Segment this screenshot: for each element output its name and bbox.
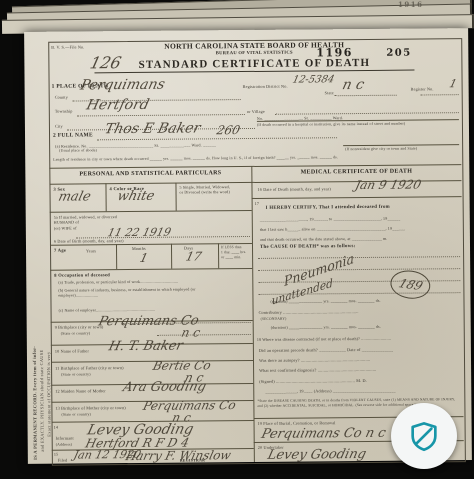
- autopsy-label: Was there an autopsy? ..................…: [259, 357, 370, 363]
- cause-code-value: 189: [396, 276, 424, 292]
- county-value: Perquimans: [79, 77, 167, 94]
- father-name-value: H. T. Baker: [107, 339, 184, 355]
- date-of-death-label: 16 Date of Death (month, day, and year): [257, 186, 330, 192]
- occupation-industry-label: (b) General nature of industry, business…: [58, 287, 230, 299]
- age-label: 7 Age: [54, 248, 66, 253]
- cause-of-death-label: The CAUSE OF DEATH* was as follows:: [260, 244, 356, 250]
- informant-number: 14: [54, 425, 59, 430]
- file-no-label: B. V. S.—File No.: [51, 44, 84, 49]
- marital-label: 5 Single, Married, Widowed, or Divorced …: [179, 184, 249, 195]
- less-than-one-day-label: If LESS than 1 day, ____ hrs. or ____ mi…: [221, 245, 251, 260]
- certify-line1: I HEREBY CERTIFY, That I attended deceas…: [266, 205, 390, 211]
- informant-address-label: (Address): [56, 443, 72, 447]
- margin-note-line2: and EXACTLY. PHYSICIAN should state CAUS…: [39, 350, 45, 452]
- state-value: n c: [341, 77, 366, 93]
- city-label: City: [55, 124, 63, 129]
- nonresident-note: (If nonresident give city or town and St…: [345, 147, 417, 152]
- certificate-title: STANDARD CERTIFICATE OF DEATH: [94, 57, 414, 74]
- secondary-label: (SECONDARY): [261, 317, 287, 321]
- birthplace-sub-label: (State or country): [61, 331, 91, 335]
- diagnosis-test-label: What test confirmed diagnosis? .........…: [259, 367, 376, 373]
- county-label: County: [55, 95, 68, 100]
- abode-note: (Usual place of abode): [59, 148, 97, 152]
- mother-birthplace-sub-label: (State or country): [61, 412, 91, 416]
- township-label: Township: [55, 109, 73, 114]
- date-of-birth-label: 6 Date of Birth (month, day, and year): [54, 238, 124, 244]
- date-of-death-value: Jan 9 1920: [354, 177, 423, 192]
- scanned-document-photo: 1916 IS A PERMANENT RECORD. Every item o…: [0, 0, 474, 479]
- registrar-signature: Harry F. Winslow: [124, 448, 232, 463]
- certificate-number-stamp: 1196: [316, 46, 353, 59]
- township-value: Hertford: [85, 97, 151, 114]
- place-of-burial-value: Perquimans Co n c: [260, 426, 387, 442]
- father-birthplace-sub-label: (State or country): [61, 372, 91, 376]
- sex-value: male: [57, 189, 93, 204]
- certify-number: 17: [255, 201, 260, 206]
- age-cell-divider: [116, 244, 117, 269]
- register-no-label: Register No.: [411, 86, 434, 91]
- pen-mark: 126: [88, 53, 123, 72]
- age-cell-divider: [171, 244, 172, 269]
- informant-label: Informant: [56, 436, 74, 441]
- page-edge-marking: 1916: [398, 0, 423, 9]
- birthplace-state-value: n c: [180, 325, 202, 339]
- state-label: State: [325, 90, 334, 95]
- filed-number: 15: [54, 452, 59, 457]
- contributory-label: Contributory ...........................…: [259, 309, 359, 315]
- occupation-label: 8 Occupation of deceased: [54, 272, 110, 277]
- mother-birthplace-label: 13 Birthplace of Mother (city or town): [55, 405, 125, 411]
- shield-badge[interactable]: [391, 403, 457, 469]
- signed-label: (Signed) ...............................…: [259, 378, 367, 384]
- registration-district-label: Registration District No.: [243, 84, 288, 89]
- father-birthplace-label: 11 Birthplace of Father (city or town): [55, 365, 124, 371]
- mother-name-value: Ara Gooding: [121, 379, 207, 395]
- age-cell-divider: [218, 243, 219, 268]
- place-of-burial-label: 19 Place of Burial, Cremation, or Remova…: [258, 420, 336, 426]
- or-village-label: or Village: [247, 109, 265, 114]
- certificate-paper: IS A PERMANENT RECORD. Every item of inf…: [24, 28, 472, 464]
- registration-district-value: 12-5384: [291, 74, 335, 85]
- father-name-label: 10 Name of Father: [55, 348, 89, 353]
- age-years-label: Years: [86, 248, 96, 253]
- filed-label: Filed: [58, 458, 67, 463]
- occupation-employer-label: (c) Name of employer....................…: [59, 308, 156, 313]
- undertaker-value: Levey Gooding: [266, 447, 368, 463]
- mother-name-label: 12 Maiden Name of Mother: [55, 388, 106, 393]
- registrar-label: REGISTRAR: [180, 458, 205, 462]
- shield-icon: [408, 420, 440, 452]
- margin-note-line1: IS A PERMANENT RECORD. Every item of inf…: [32, 346, 38, 460]
- page-number-stamp: 205: [386, 48, 411, 59]
- race-value: white: [116, 189, 156, 204]
- full-name-value: Thos E Baker: [103, 120, 202, 137]
- full-name-extra: 260: [215, 123, 241, 137]
- full-name-label: 2 FULL NAME: [53, 132, 93, 138]
